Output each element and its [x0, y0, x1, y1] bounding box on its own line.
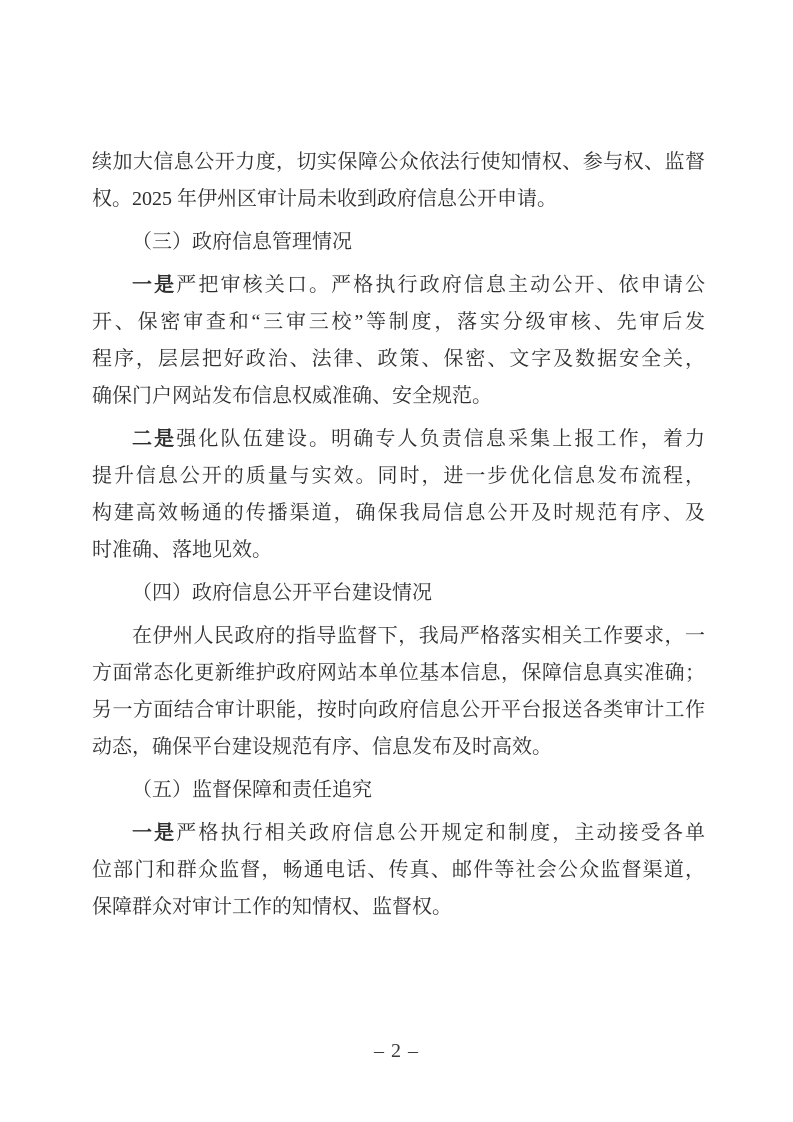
paragraph: 续加大信息公开力度，切实保障公众依法行使知情权、参与权、监督权。2025 年伊州… [92, 144, 705, 218]
text-line: 位部门和群众监督，畅通电话、传真、邮件等社会公众监督渠道， [92, 852, 705, 889]
bold-lead: 一是 [132, 274, 176, 296]
paragraph: 在伊州人民政府的指导监督下，我局严格落实相关工作要求，一方面常态化更新维护政府网… [92, 618, 705, 766]
text-line: 方面常态化更新维护政府网站本单位基本信息，保障信息真实准确； [92, 655, 705, 692]
text-line: 二是强化队伍建设。明确专人负责信息采集上报工作，着力 [92, 421, 705, 458]
text-line: 续加大信息公开力度，切实保障公众依法行使知情权、参与权、监督 [92, 144, 705, 181]
text-line: 权。2025 年伊州区审计局未收到政府信息公开申请。 [92, 181, 705, 218]
text-line: 提升信息公开的质量与实效。同时，进一步优化信息发布流程， [92, 458, 705, 495]
text-line: 时准确、落地见效。 [92, 532, 705, 569]
paragraph: 一是严把审核关口。严格执行政府信息主动公开、依申请公开、保密审查和“三审三校”等… [92, 267, 705, 415]
text-line: 一是严格执行相关政府信息公开规定和制度，主动接受各单 [92, 815, 705, 852]
text-line: 程序，层层把好政治、法律、政策、保密、文字及数据安全关， [92, 341, 705, 378]
text-line: 动态，确保平台建设规范有序、信息发布及时高效。 [92, 729, 705, 766]
text-line: 保障群众对审计工作的知情权、监督权。 [92, 889, 705, 926]
paragraph: 二是强化队伍建设。明确专人负责信息采集上报工作，着力提升信息公开的质量与实效。同… [92, 421, 705, 569]
section-heading: （三）政府信息管理情况 [92, 224, 705, 261]
paragraph: 一是严格执行相关政府信息公开规定和制度，主动接受各单位部门和群众监督，畅通电话、… [92, 815, 705, 926]
document-page: 续加大信息公开力度，切实保障公众依法行使知情权、参与权、监督权。2025 年伊州… [0, 0, 793, 1122]
text-line: 开、保密审查和“三审三校”等制度，落实分级审核、先审后发 [92, 304, 705, 341]
page-number: – 2 – [0, 1040, 793, 1063]
section-heading: （四）政府信息公开平台建设情况 [92, 575, 705, 612]
text-line: 一是严把审核关口。严格执行政府信息主动公开、依申请公 [92, 267, 705, 304]
bold-lead: 二是 [132, 428, 176, 450]
text-line: 在伊州人民政府的指导监督下，我局严格落实相关工作要求，一 [92, 618, 705, 655]
text-line: 另一方面结合审计职能，按时向政府信息公开平台报送各类审计工作 [92, 692, 705, 729]
document-body: 续加大信息公开力度，切实保障公众依法行使知情权、参与权、监督权。2025 年伊州… [92, 144, 705, 932]
bold-lead: 一是 [132, 822, 176, 844]
section-heading: （五）监督保障和责任追究 [92, 772, 705, 809]
text-line: 构建高效畅通的传播渠道，确保我局信息公开及时规范有序、及 [92, 495, 705, 532]
text-line: 确保门户网站发布信息权威准确、安全规范。 [92, 378, 705, 415]
